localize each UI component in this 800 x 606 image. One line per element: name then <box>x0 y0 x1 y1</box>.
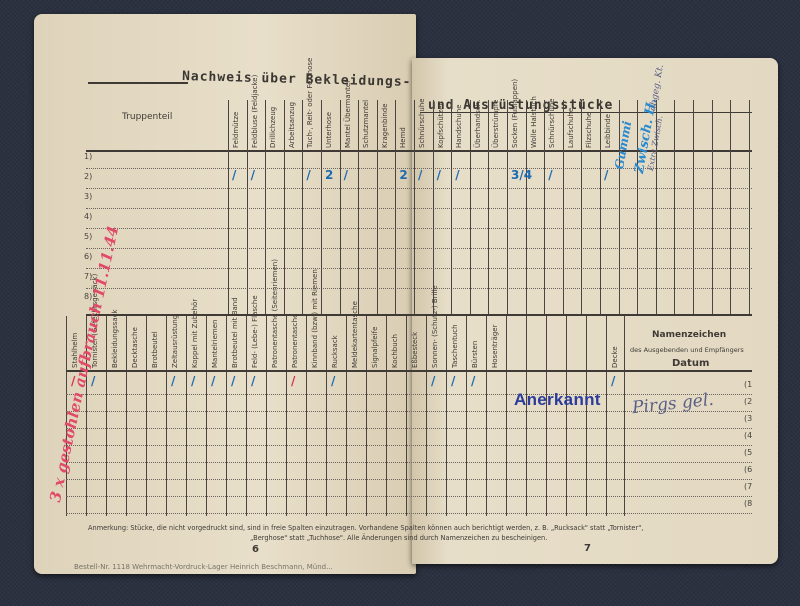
column-header: Mantel Übermantel <box>344 104 352 148</box>
row-number: 1) <box>84 152 92 161</box>
row-divider <box>66 394 752 395</box>
issued-mark: / <box>231 374 235 388</box>
column-divider <box>546 316 547 516</box>
column-divider <box>126 316 127 516</box>
column-divider <box>507 100 508 314</box>
column-divider <box>414 100 415 314</box>
column-header: Decktasche <box>131 320 139 368</box>
row-divider <box>66 479 752 480</box>
page-number-left: 6 <box>252 544 259 555</box>
row-number: (5 <box>744 448 752 457</box>
row-divider <box>86 188 752 189</box>
issued-mark: / <box>232 168 236 182</box>
issued-mark: / <box>91 374 95 388</box>
row-divider <box>66 513 752 514</box>
issued-mark: 3/4 <box>511 168 532 182</box>
column-divider <box>544 100 545 314</box>
column-divider <box>247 100 248 314</box>
column-divider <box>488 100 489 314</box>
footnote-line2: „Berghose" statt „Tuchhose". Alle Änderu… <box>250 534 547 542</box>
column-divider <box>506 316 507 516</box>
page-number-right: 7 <box>584 543 591 554</box>
column-divider <box>106 316 107 516</box>
column-divider <box>586 316 587 516</box>
issued-mark: / <box>344 168 348 182</box>
footnote-line1: Anmerkung: Stücke, die nicht vorgedruckt… <box>88 524 643 532</box>
column-header: Patronentasche <box>291 320 299 368</box>
column-header: Socken (Fußlappen) <box>511 104 519 148</box>
issued-mark: 2 <box>325 168 333 182</box>
row-number: 4) <box>84 212 92 221</box>
column-divider <box>266 316 267 516</box>
column-divider <box>346 316 347 516</box>
column-header: Schutzmantel <box>362 104 370 148</box>
column-divider <box>526 316 527 516</box>
column-header: Kochbuch <box>391 320 399 368</box>
issued-mark: / <box>251 374 255 388</box>
column-divider <box>581 100 582 314</box>
column-divider <box>674 100 675 314</box>
row-number: (7 <box>744 482 752 491</box>
column-divider <box>186 316 187 516</box>
row-divider <box>86 228 752 229</box>
column-divider <box>730 100 731 314</box>
column-divider <box>226 316 227 516</box>
row-number: 6) <box>84 252 92 261</box>
column-header: Schnürschuhe <box>418 104 426 148</box>
issued-mark: / <box>431 374 435 388</box>
column-divider <box>470 100 471 314</box>
issued-mark: / <box>437 168 441 182</box>
column-header: Drillichzeug <box>269 104 277 148</box>
row-number: (3 <box>744 414 752 423</box>
column-divider <box>433 100 434 314</box>
row-divider <box>86 268 752 269</box>
column-divider <box>306 316 307 516</box>
column-header: Signalpfeife <box>371 320 379 368</box>
column-header: Feld- (Lebe-) Flasche <box>251 320 259 368</box>
issued-mark: / <box>251 168 255 182</box>
signature-header-line2: des Ausgebenden und Empfängers <box>630 346 744 354</box>
truppenteil-header: Truppenteil <box>122 112 172 122</box>
column-divider <box>265 100 266 314</box>
issued-mark: / <box>451 374 455 388</box>
row-number: (8 <box>744 499 752 508</box>
row-number: (6 <box>744 465 752 474</box>
column-header: Kopfschützer <box>437 104 445 148</box>
issued-mark: / <box>418 168 422 182</box>
column-divider <box>377 100 378 314</box>
issued-mark: / <box>306 168 310 182</box>
issued-mark: / <box>471 374 475 388</box>
row-number: 2) <box>84 172 92 181</box>
column-header: Leibbinde <box>604 104 612 148</box>
column-divider <box>563 100 564 314</box>
column-header: Überstrümpfe <box>492 104 500 148</box>
column-divider <box>406 316 407 516</box>
column-divider <box>426 316 427 516</box>
issued-mark: / <box>548 168 552 182</box>
column-divider <box>340 100 341 314</box>
issued-mark: / <box>211 374 215 388</box>
column-header: Patronentasche (Seitenriemen) <box>271 320 279 368</box>
column-header: Bürsten <box>471 320 479 368</box>
column-divider <box>600 100 601 314</box>
column-header: Wolle Halstuch <box>530 104 538 148</box>
column-divider <box>146 316 147 516</box>
column-header: Feldbluse (Feldjacke) <box>251 104 259 148</box>
column-header: Bekleidungssack <box>111 320 119 368</box>
row-number: 3) <box>84 192 92 201</box>
anerkannt-stamp: Anerkannt <box>514 390 601 410</box>
column-header: Arbeitsanzug <box>288 104 296 148</box>
column-header: Decke <box>611 320 619 368</box>
row-divider <box>66 428 752 429</box>
column-divider <box>451 100 452 314</box>
column-header: Mantelriemen <box>211 320 219 368</box>
column-header: Kinnband (bzw.) mit Riemen <box>311 320 319 368</box>
column-divider <box>326 316 327 516</box>
issued-mark: / <box>191 374 195 388</box>
column-divider <box>712 100 713 314</box>
row-number: (1 <box>744 380 752 389</box>
column-divider <box>358 100 359 314</box>
column-header: Hosenträger <box>491 320 499 368</box>
column-divider <box>446 316 447 516</box>
column-header: Schnürschuhe <box>548 104 556 148</box>
column-header: Überhandsch. <box>474 104 482 148</box>
column-divider <box>246 316 247 516</box>
column-divider <box>366 316 367 516</box>
column-header: Unterhose <box>325 104 333 148</box>
column-header: Filzschuhe <box>585 104 593 148</box>
row-divider <box>66 496 752 497</box>
issued-mark: / <box>455 168 459 182</box>
column-header: Meldekartentasche <box>351 320 359 368</box>
column-divider <box>228 100 229 314</box>
column-divider <box>749 100 750 314</box>
issued-mark: 2 <box>399 168 407 182</box>
column-header: Kragenbinde <box>381 104 389 148</box>
column-header: Hemd <box>399 104 407 148</box>
column-divider <box>526 100 527 314</box>
row-divider <box>86 248 752 249</box>
table-top-rule <box>88 82 188 84</box>
column-divider <box>286 316 287 516</box>
column-divider <box>466 316 467 516</box>
lower-header-rule <box>66 370 752 372</box>
column-divider <box>302 100 303 314</box>
signature-header-line3: Datum <box>672 358 709 369</box>
column-header: Eßbesteck <box>411 320 419 368</box>
issued-mark: / <box>331 374 335 388</box>
column-divider <box>486 316 487 516</box>
row-number: (2 <box>744 397 752 406</box>
column-divider <box>206 316 207 516</box>
row-divider <box>86 208 752 209</box>
issued-mark: / <box>291 374 295 388</box>
issued-mark: / <box>171 374 175 388</box>
column-header: Laufschuhe <box>567 104 575 148</box>
column-header: Tuch-, Reit- oder Feldhose <box>306 104 314 148</box>
signature-header-line1: Namenzeichen <box>652 330 726 340</box>
issued-mark: / <box>611 374 615 388</box>
column-divider <box>321 100 322 314</box>
column-divider <box>386 316 387 516</box>
row-divider <box>66 445 752 446</box>
column-divider <box>606 316 607 516</box>
row-number: (4 <box>744 431 752 440</box>
column-header: Brotbeutel <box>151 320 159 368</box>
column-header: Taschentuch <box>451 320 459 368</box>
column-divider <box>284 100 285 314</box>
column-header: Sonnen- (Schutz-) Brille <box>431 320 439 368</box>
column-divider <box>566 316 567 516</box>
column-divider <box>693 100 694 314</box>
row-divider <box>66 462 752 463</box>
column-header: Zeltausrüstung <box>171 320 179 368</box>
column-header: Koppel mit Zubehör <box>191 320 199 368</box>
column-divider <box>624 316 625 516</box>
column-header: Feldmütze <box>232 104 240 148</box>
column-header: Brotbeutel mit Band <box>231 320 239 368</box>
column-divider <box>395 100 396 314</box>
printer-line: Bestell-Nr. 1118 Wehrmacht-Vordruck-Lage… <box>74 563 333 571</box>
column-divider <box>166 316 167 516</box>
row-divider <box>86 288 752 289</box>
column-header: Rucksack <box>331 320 339 368</box>
column-header: Handschuhe <box>455 104 463 148</box>
row-number: 5) <box>84 232 92 241</box>
issued-mark: / <box>604 168 608 182</box>
